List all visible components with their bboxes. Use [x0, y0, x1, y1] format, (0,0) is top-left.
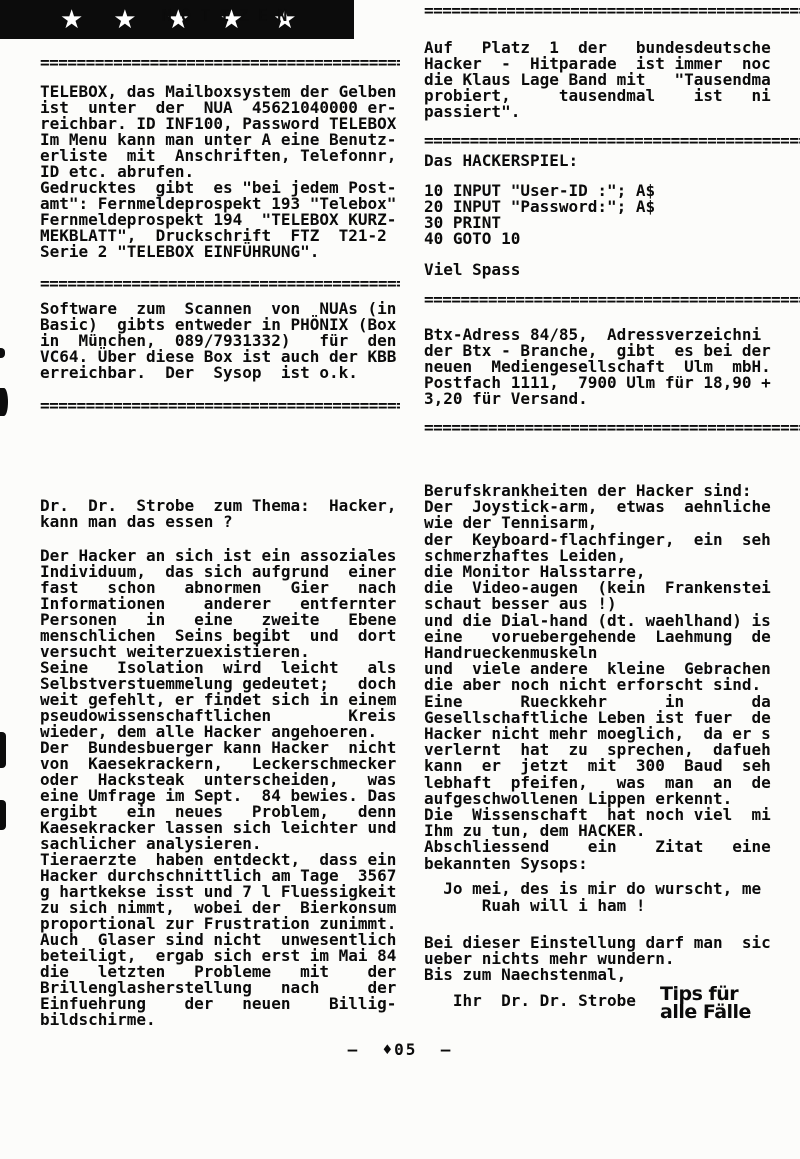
scan-artifact: [0, 348, 5, 358]
berufskrankheiten-paragraph: Berufskrankheiten der Hacker sind:Der Jo…: [424, 483, 800, 872]
separator-rule: ========================================…: [40, 276, 400, 290]
btx-adress-paragraph: Btx-Adress 84/85, Adressverzeichnider Bt…: [424, 327, 800, 407]
hackerspiel-heading: Das HACKERSPIEL:: [424, 153, 800, 169]
separator-rule: ========================================…: [424, 292, 800, 306]
strobe-article-heading: Dr. Dr. Strobe zum Thema: Hacker,kann ma…: [40, 498, 400, 530]
separator-rule: ========================================…: [424, 420, 800, 434]
software-scanner-paragraph: Software zum Scannen von NUAs (inBasic) …: [40, 301, 400, 381]
basic-code-listing: 10 INPUT "User-ID :"; A$20 INPUT "Passwo…: [424, 183, 800, 247]
viel-spass-text: Viel Spass: [424, 262, 800, 278]
separator-rule: ========================================…: [40, 398, 400, 412]
right-column: ========================================…: [424, 0, 800, 1159]
page-title: NOTIZEN: [40, 8, 409, 24]
sysop-quote: Jo mei, des is mir do wurscht, me Ruah w…: [424, 880, 800, 914]
scanned-notizen-page: NOTIZEN ================================…: [0, 0, 800, 1159]
telebox-paragraph: TELEBOX, das Mailboxsystem der Gelbenist…: [40, 84, 400, 260]
closing-paragraph: Bei dieser Einstellung darf man sicueber…: [424, 935, 800, 983]
separator-rule: ========================================…: [424, 3, 800, 17]
strobe-article-body: Der Hacker an sich ist ein assozialesInd…: [40, 548, 400, 1028]
hitparade-paragraph: Auf Platz 1 der bundesdeutscheHacker - H…: [424, 40, 800, 120]
scan-artifact: [0, 732, 6, 768]
tips-fuer-alle-faelle-logo: Tips füralle Fälle: [660, 985, 790, 1021]
scan-artifact: [0, 800, 6, 830]
separator-rule: ========================================…: [40, 55, 400, 69]
scan-artifact: [0, 388, 8, 416]
separator-rule: ========================================…: [424, 133, 800, 147]
